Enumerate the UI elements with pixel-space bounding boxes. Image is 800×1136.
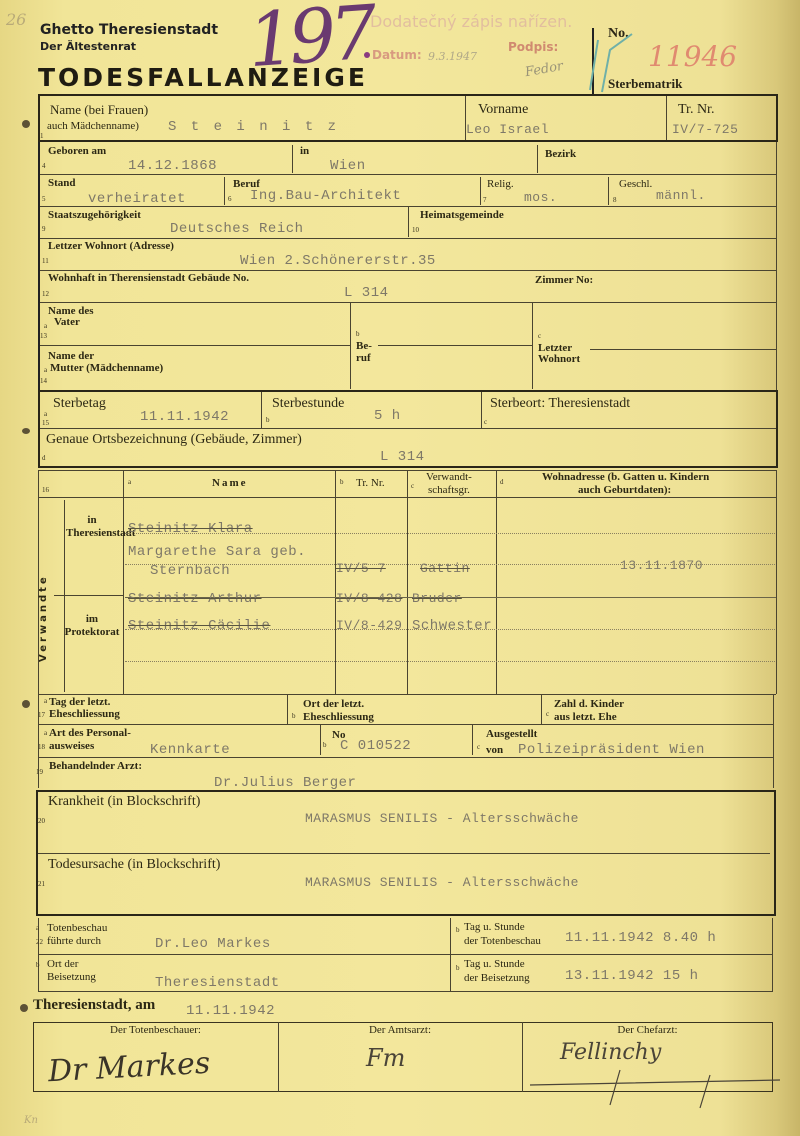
- sterbestunde-label: Sterbestunde: [272, 396, 344, 412]
- field-num-5: 5: [42, 195, 46, 203]
- marriage-tag-label2: Eheschliessung: [49, 708, 120, 721]
- verwandte-label: Verwandte: [38, 552, 50, 662]
- trnr-label: Tr. Nr.: [678, 102, 714, 118]
- beruf2-label2: ruf: [356, 352, 371, 365]
- beschau-time-label1: Tag u. Stunde: [464, 921, 525, 934]
- id-art-value: Kennkarte: [150, 742, 230, 758]
- doctor-value: Dr.Julius Berger: [214, 775, 356, 791]
- stamp-podpis-label: Podpis:: [508, 40, 558, 54]
- ort-label: Genaue Ortsbezeichnung (Gebäude, Zimmer): [46, 432, 302, 448]
- field-num-14: 14: [40, 377, 47, 385]
- id-ausg-value: Polizeipräsident Wien: [518, 742, 705, 758]
- vater-label2: Vater: [54, 316, 80, 329]
- place-label: Theresienstadt, am: [33, 997, 155, 1014]
- stamp-podpis-value: Fedor: [524, 59, 564, 80]
- page-note: 26: [6, 10, 26, 29]
- beschau-time-value: 11.11.1942 8.40 h: [565, 930, 716, 946]
- field-num-15: 15: [42, 419, 49, 427]
- relig-value: mos.: [524, 190, 557, 205]
- col-rel1: Verwandt-: [426, 471, 472, 484]
- col-addr1: Wohnadresse (b. Gatten u. Kindern: [542, 471, 709, 484]
- field-num-19: 19: [36, 768, 43, 776]
- punch-mark: [22, 428, 30, 434]
- beschau-label1: Totenbeschau: [47, 922, 107, 935]
- beschau-label2: führte durch: [47, 935, 101, 948]
- field-num-8: 8: [613, 196, 617, 204]
- krankheit-label: Krankheit (in Blockschrift): [48, 794, 200, 810]
- field-num-11: 11: [42, 257, 49, 265]
- marriage-tag-label1: Tag der letzt.: [49, 696, 110, 709]
- sterbeort-sub: c: [484, 418, 487, 426]
- stamp-dot-icon: [364, 52, 370, 58]
- relative-row-2-addr: 13.11.1870: [620, 558, 703, 573]
- letzter-sub: c: [538, 332, 541, 340]
- wohnhaft-label: Wohnhaft in Therensienstadt Gebäude No.: [48, 272, 249, 285]
- relative-row-4-trnr: IV/8-429: [336, 618, 402, 633]
- col-rel-sub: c: [411, 482, 414, 490]
- stamp-text: Dodatečný zápis nařízen.: [370, 12, 572, 31]
- field-num-12: 12: [42, 290, 49, 298]
- punch-mark: [20, 1004, 28, 1012]
- field-num-4: 4: [42, 162, 46, 170]
- ursache-value: MARASMUS SENILIS - Altersschwäche: [305, 875, 579, 890]
- field-num-21: 21: [38, 880, 45, 888]
- sig2-label: Der Amtsarzt:: [278, 1024, 522, 1037]
- punch-mark: [22, 120, 30, 128]
- field-num-6: 6: [228, 195, 232, 203]
- footer-note: Kn: [24, 1115, 38, 1126]
- staat-label: Staatszugehörigkeit: [48, 209, 141, 222]
- vorname-value: Leo Israel: [466, 122, 549, 137]
- marriage-ort-label1: Ort der letzt.: [303, 698, 364, 711]
- blue-pencil-mark: [570, 30, 640, 100]
- beschau-value: Dr.Leo Markes: [155, 936, 271, 952]
- zimmer-label: Zimmer No:: [535, 274, 593, 287]
- bezirk-label: Bezirk: [545, 148, 576, 161]
- col-name-sub: a: [128, 478, 131, 486]
- no-value: 11946: [648, 40, 737, 73]
- geschl-value: männl.: [656, 188, 706, 203]
- ursache-label: Todesursache (in Blockschrift): [48, 857, 220, 873]
- relative-row-2-trnr: IV/5-7: [336, 561, 386, 576]
- sig1-label: Der Totenbeschauer:: [33, 1024, 278, 1037]
- in-value: Wien: [330, 158, 366, 174]
- field-num-18: 18: [38, 743, 45, 751]
- wohnort-label: Lettzer Wohnort (Adresse): [48, 240, 174, 253]
- sterbetag-value: 11.11.1942: [140, 409, 229, 425]
- beisetz-time-label1: Tag u. Stunde: [464, 958, 525, 971]
- sterbetag-label: Sterbetag: [53, 396, 106, 412]
- relative-row-1-name: Margarethe Sara geb.: [128, 544, 306, 560]
- col-addr-sub: d: [500, 478, 504, 486]
- marriage-kinder-label1: Zahl d. Kinder: [554, 698, 624, 711]
- field-num-9: 9: [42, 225, 46, 233]
- trnr-value: IV/7-725: [672, 122, 738, 137]
- ort-value: L 314: [380, 449, 425, 465]
- id-art-sub: a: [44, 729, 47, 737]
- beisetz-sub: b: [36, 961, 40, 969]
- relative-row-4-name: Steinitz Cäcilie: [128, 618, 270, 634]
- name-value: S t e i n i t z: [168, 119, 339, 135]
- org-line1: Ghetto Theresienstadt: [40, 22, 218, 38]
- beschau-time-sub: b: [456, 926, 460, 934]
- krankheit-value: MARASMUS SENILIS - Altersschwäche: [305, 811, 579, 826]
- stamp-datum-label: Datum:: [372, 48, 422, 62]
- beschau-sub: a: [36, 924, 39, 932]
- field-num-13: 13: [40, 332, 47, 340]
- relative-row-3-trnr: IV/8-428: [336, 591, 402, 606]
- name-box: [38, 94, 778, 142]
- field-num-1: 1: [40, 132, 44, 140]
- col-addr2: auch Geburtdaten):: [578, 484, 671, 497]
- place-date: 11.11.1942: [186, 1003, 275, 1019]
- stamp-datum-value: 9.3.1947: [428, 50, 477, 63]
- beisetz-label2: Beisetzung: [47, 971, 96, 984]
- marriage-ort-sub: b: [292, 712, 296, 720]
- geboren-label: Geboren am: [48, 145, 106, 158]
- staat-value: Deutsches Reich: [170, 221, 304, 237]
- geschl-label: Geschl.: [619, 178, 652, 191]
- vorname-label: Vorname: [478, 102, 528, 118]
- mutter-label1: Name der: [48, 350, 94, 363]
- geboren-value: 14.12.1868: [128, 158, 217, 174]
- beisetz-time-value: 13.11.1942 15 h: [565, 968, 699, 984]
- sterbestunde-value: 5 h: [374, 408, 401, 424]
- letzter-label2: Wohnort: [538, 353, 580, 366]
- relative-row-3-rel: Bruder: [412, 591, 462, 606]
- relig-label: Relig.: [487, 178, 514, 191]
- sterbeort-label: Sterbeort: Theresienstadt: [490, 396, 630, 412]
- handwritten-number: 197: [245, 0, 374, 84]
- relative-row-4-rel: Schwester: [412, 618, 492, 634]
- field-num-17: 17: [38, 711, 45, 719]
- col-name: Name: [212, 477, 248, 490]
- wohnhaft-value: L 314: [344, 285, 389, 301]
- relative-row-3-name: Steinitz Arthur: [128, 591, 262, 607]
- relative-row-0-name: Steinitz Klara: [128, 521, 253, 537]
- marriage-ort-label2: Eheschliessung: [303, 711, 374, 724]
- relative-row-2-rel: Gattin: [420, 561, 470, 576]
- org-line2: Der Ältestenrat: [40, 40, 136, 53]
- beruf2-sub: b: [356, 330, 360, 338]
- beisetz-time-sub: b: [456, 964, 460, 972]
- id-ausg-sub: c: [477, 743, 480, 751]
- in-label: in: [300, 145, 309, 158]
- beisetz-label1: Ort der: [47, 958, 78, 971]
- stand-label: Stand: [48, 177, 76, 190]
- id-art-label1: Art des Personal-: [49, 727, 131, 740]
- field-num-10: 10: [412, 226, 419, 234]
- doctor-label: Behandelnder Arzt:: [49, 760, 142, 773]
- field-num-16: 16: [42, 486, 49, 494]
- sig3-label: Der Chefarzt:: [522, 1024, 773, 1037]
- beruf2-label1: Be-: [356, 340, 372, 353]
- group1-label: in Theresienstadt: [66, 514, 118, 539]
- field-num-20: 20: [38, 817, 45, 825]
- sig-flourish: [520, 1050, 790, 1110]
- marriage-tag-sub: a: [44, 697, 47, 705]
- sig2-value: Fm: [366, 1044, 405, 1072]
- col-trnr-sub: b: [340, 478, 344, 486]
- mutter-label2: Mutter (Mädchenname): [50, 362, 163, 375]
- id-ausg-label1: Ausgestellt: [486, 728, 537, 741]
- stand-value: verheiratet: [88, 191, 186, 207]
- beschau-time-label2: der Totenbeschau: [464, 935, 541, 948]
- beisetz-time-label2: der Beisetzung: [464, 972, 530, 985]
- sterbestunde-sub: b: [266, 416, 270, 424]
- name-label: Name (bei Frauen): [50, 102, 148, 117]
- relative-row-2-name: Sternbach: [150, 563, 230, 579]
- marriage-kinder-sub: c: [546, 710, 549, 718]
- sterbetag-sub: a: [44, 410, 47, 418]
- beisetz-value: Theresienstadt: [155, 975, 280, 991]
- punch-mark: [22, 700, 30, 708]
- field-num-22: 22: [36, 938, 43, 946]
- mutter-sub: a: [44, 366, 47, 374]
- field-num-7: 7: [483, 196, 487, 204]
- heimat-label: Heimatsgemeinde: [420, 209, 504, 222]
- beruf-value: Ing.Bau-Architekt: [250, 188, 401, 204]
- ort-sub: d: [42, 454, 46, 462]
- id-no-sub: b: [323, 741, 327, 749]
- id-art-label2: ausweises: [49, 740, 94, 753]
- id-ausg-label2: von: [486, 744, 503, 757]
- wohnort-value: Wien 2.Schönererstr.35: [240, 253, 436, 269]
- id-no-value: C 010522: [340, 738, 411, 754]
- vater-sub: a: [44, 322, 47, 330]
- name-label2: auch Mädchenname): [47, 120, 139, 132]
- group2-label: im Protektorat: [62, 613, 122, 638]
- marriage-kinder-label2: aus letzt. Ehe: [554, 711, 617, 724]
- col-rel2: schaftsgr.: [428, 484, 470, 497]
- col-trnr: Tr. Nr.: [356, 477, 385, 490]
